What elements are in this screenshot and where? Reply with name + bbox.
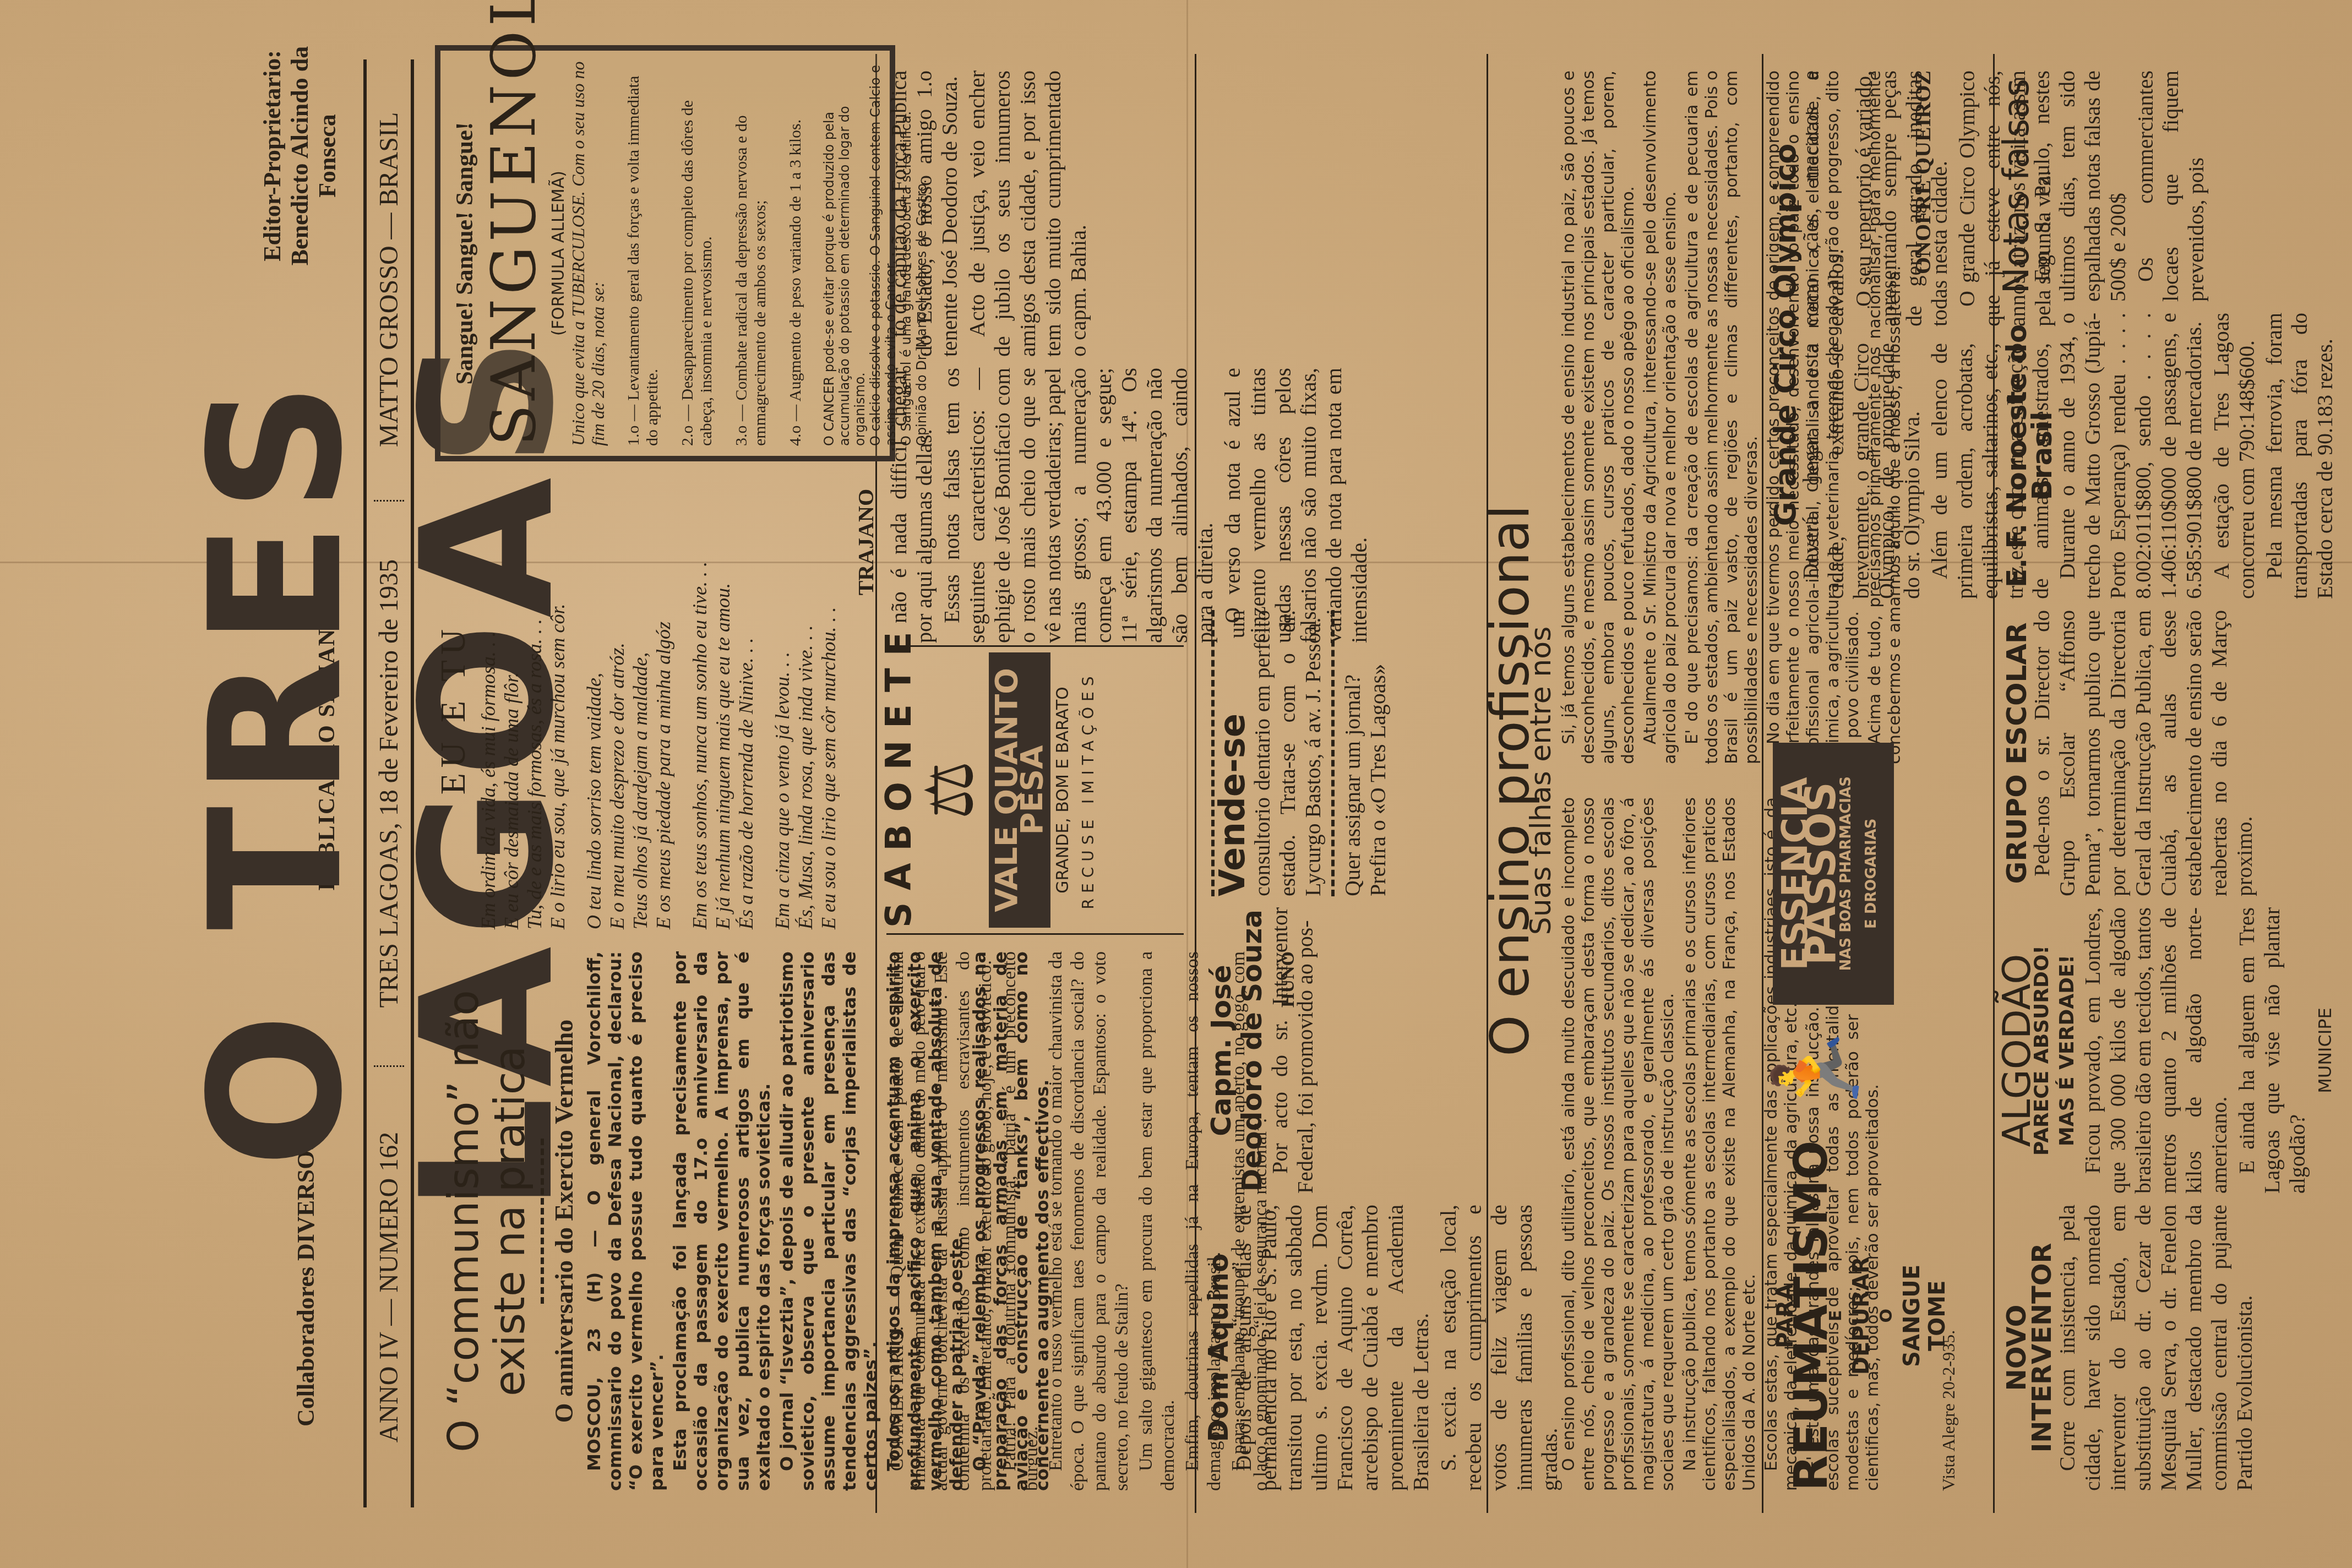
list-item: 4.o — Augmento de peso variando de 1 a 3… (786, 61, 805, 446)
ad-rule (1331, 610, 1335, 896)
paragraph: Deverá chegar a esta cidade, extreando-s… (1798, 343, 1925, 599)
grupo-escolar-article: GRUPO ESCOLAR Pede-nos o sr. Director do… (2004, 610, 2260, 896)
poem-line: Em ordim da vida, és mui formosa. . . (477, 489, 500, 929)
paragraph: MOSCOU, 23 (H) — O general Vorochiloff, … (584, 951, 667, 1491)
ad-o: O (1874, 1141, 1899, 1491)
poem-line: E o meu muito desprezo e dor atróz. (606, 489, 629, 929)
paragraph: Esta proclamação foi lançada precisament… (669, 951, 774, 1491)
poem-line: O teu lindo sorriso tem vaidade, (582, 489, 606, 929)
poem-stanzas: Em ordim da vida, és mui formosa. . .E e… (477, 489, 840, 929)
poem-line: Em os teus sonhos, nunca um sonho eu tiv… (688, 489, 711, 929)
poem-stanza: Em a cinza que o vento já levou. . .És, … (771, 489, 840, 929)
vende-se-title: Vende-se (1212, 714, 1253, 896)
notas-falsas-body: Em S. Paulo, nestes ultimos dias, tem si… (2029, 70, 2209, 302)
paragraph: Entretanto o russo vermelho está se torn… (1045, 951, 1133, 1491)
deodoro-intro: Por acto do sr. Interventor Federal, foi… (1267, 907, 1318, 1194)
poem-line: Tu, de e as mais formosas, és a rosa. . … (523, 489, 546, 929)
issue-number: ANNO IV — NUMERO 162 (374, 1067, 404, 1507)
scale-icon: ⚖ (912, 652, 989, 928)
poem-line: E o lirio eu sou, que já murchou sem côr… (546, 489, 569, 929)
subscribe-prompt: Prefira o «O Tres Lagoas» (1365, 610, 1391, 896)
paragraph: E ainda ha alguem em Tres Lagoas que vis… (2234, 907, 2310, 1194)
paragraph: Atualmente o Sr. Ministro da Agricultura… (1641, 70, 1680, 764)
algodao-headline: ALGODÃO (2004, 907, 2029, 1194)
issue-location: MATTO GROSSO — BRASIL (374, 59, 404, 500)
sabonete-ad: SABONETE ⚖ VALE QUANTO PESA GRANDE, BOM … (886, 645, 1184, 935)
poem-signature: TRAJANO (853, 489, 879, 929)
deodoro-body: to de capitão da Força Publica do Estado… (886, 70, 1091, 357)
poem-line: Em a cinza que o vento já levou. . . (771, 489, 794, 929)
algodao-article: ALGODÃO PARECE ABSURDO! MAS É VERDADE! F… (2004, 907, 2338, 1194)
dateline: ANNO IV — NUMERO 162 TRES LAGOAS, 18 de … (363, 59, 414, 1507)
novo-interventor-headline: NOVO INTERVENTOR (2004, 1205, 2055, 1491)
poem-stanza: Em ordim da vida, és mui formosa. . .E e… (477, 489, 569, 929)
paragraph: O verso da nota é azul e cinzento vermel… (1220, 368, 1372, 643)
list-item: 1.o — Levantamento geral das forças e vo… (624, 61, 662, 446)
vende-se-ad: Vende-se um consultorio dentario em perf… (1206, 610, 1391, 896)
ensino-subhead: Suas falhas entre nós (1528, 70, 1554, 1491)
dom-aquino-headline: Dom Aquino (1206, 1205, 1231, 1491)
paragraph: Ficou provado, em Londres, que 300 000 k… (2080, 907, 2232, 1194)
sanguenol-top: Sangue! Sangue! Sangue! (450, 61, 478, 446)
paragraph: Na instrucção publica, temos sómente as … (1680, 797, 1760, 1491)
grupo-escolar-body: Pede-nos o sr. Director do Grupo Escolar… (2029, 610, 2257, 896)
figure-icon: 🏃 (1773, 1021, 1861, 1124)
paragraph: Acto de justiça, veio encher de jubilo o… (965, 70, 1091, 357)
paragraph: O seu repertorio é variado, apresentando… (1851, 70, 1952, 326)
poem: EU E TU Em ordim da vida, és mui formosa… (440, 489, 879, 929)
poem-stanza: O teu lindo sorriso tem vaidade,E o meu … (582, 489, 675, 929)
sabonete-brand: SABONETE (886, 652, 912, 928)
paragraph: COMMENTARIO: — Quem conhece um pouco de … (886, 951, 997, 1491)
paragraph: Pela mesma ferrovia, foram transportadas… (2262, 313, 2338, 599)
sanguenol-intro: Unico que evita a TUBERCULOSE. Com o seu… (568, 61, 608, 446)
issue-date: TRES LAGOAS, 18 de Fevereiro de 1935 (374, 500, 404, 1067)
sanguenol-ad: Sangue! Sangue! Sangue! SANGUENOL (FORMU… (435, 45, 895, 461)
algodao-signature: MUNICIPE (2312, 907, 2338, 1194)
poem-title: EU E TU (440, 489, 466, 929)
list-item: 3.o — Combate radical da depressão nervo… (732, 61, 770, 446)
paragraph: Corre com insistencia, pela cidade, have… (2055, 1205, 2257, 1491)
paragraph: E' do que precisamos: da creação de esco… (1683, 70, 1762, 764)
ad-depurar: DEPURAR (1849, 1141, 1874, 1491)
ad-footer2: E DROGARIAS (1859, 753, 1884, 995)
sanguenol-items: 1.o — Levantamento geral das forças e vo… (624, 61, 805, 446)
sanguenol-brand: SANGUENOL (478, 61, 549, 446)
sabonete-slogan: VALE QUANTO PESA (989, 652, 1050, 928)
circo-article: Grande Circo Olympico Deverá chegar a es… (1773, 70, 2056, 599)
notas-col-body: não é nada difficil chegar por aqui algu… (886, 368, 1372, 643)
algodao-subhead-2: MAS É VERDADE! (2055, 907, 2080, 1194)
essencia-passos-ad: PARA REUMATISMO E DEPURAR O SANGUE TOME … (1773, 621, 1982, 1491)
paragraph: Durante o anno de 1934, o trecho de Matt… (2055, 313, 2207, 599)
paragraph: O ensino profissional, dito utilitario, … (1559, 797, 1678, 1491)
paragraph: Depois de alguns dias de permanencia no … (1231, 1205, 1434, 1491)
poem-line: E já nenhum ninguem mais que eu te amou. (711, 489, 734, 929)
list-item: 2.o — Desapparecimento por completo das … (678, 61, 716, 446)
novo-interventor-article: NOVO INTERVENTOR Corre com insistencia, … (2004, 1205, 2260, 1491)
ad-sangue: SANGUE (1899, 1141, 1925, 1491)
paragraph: Um salto gigantesco em procura do bem es… (1135, 951, 1179, 1491)
paragraph: não é nada difficil chegar por aqui algu… (886, 368, 937, 643)
notas-falsas-continued: não é nada difficil chegar por aqui algu… (886, 368, 1374, 643)
sanguenol-formula: (FORMULA ALLEMÃ) (549, 61, 568, 446)
sabonete-warning: RECUSE IMITAÇÕES (1076, 652, 1101, 928)
poem-line: És, Musa, linda rosa, que inda vive. . . (794, 489, 817, 929)
ad-footer1: NAS BOAS PHARMACIAS (1833, 753, 1859, 995)
poem-line: Teus olhos já dardejam a maldade, (629, 489, 652, 929)
ensino-headline: O ensino profissional (1498, 70, 1523, 1491)
paragraph: Si, já temos alguns estabelecimentos de … (1559, 70, 1638, 764)
paragraph: to de capitão da Força Publica do Estado… (886, 70, 962, 357)
grupo-escolar-headline: GRUPO ESCOLAR (2004, 610, 2029, 896)
paragraph: Patria! Para a doutrina communista, “pat… (999, 951, 1043, 1491)
paragraph: A estação de Tres Lagoas concorreu com 7… (2209, 313, 2260, 599)
novo-interventor-body: Corre com insistencia, pela cidade, have… (2055, 1205, 2257, 1491)
rotated-newspaper: Collaboradores DIVERSOS PUBLICAÇÃO SEMAN… (0, 0, 2352, 1568)
ad-brand-line2: PASSOS (1808, 753, 1833, 995)
paragraph: O jornal “Isveztia”, depois de alludir a… (776, 951, 881, 1491)
essencia-passos-block: ESSENCIA PASSOS NAS BOAS PHARMACIAS E DR… (1773, 743, 1894, 1005)
poem-line: E eu sou o lirio que sem côr murchou. . … (817, 489, 840, 929)
masthead: Collaboradores DIVERSOS PUBLICAÇÃO SEMAN… (0, 0, 429, 1568)
noroeste-body: Durante o anno de 1934, o trecho de Matt… (2055, 313, 2338, 599)
paragraph: Os commerciantes locaes que fiquem preve… (2133, 70, 2209, 302)
poem-line: E eu côr desmaiada de uma flôr. (500, 489, 523, 929)
deodoro-promotion-continued: to de capitão da Força Publica do Estado… (886, 70, 1093, 357)
algodao-body: Ficou provado, em Londres, que 300 000 k… (2080, 907, 2310, 1194)
communismo-subhead: O anniversario do Exercito Vermelho (552, 951, 577, 1491)
communismo-headline: O “communismo” não existe na pratica (440, 951, 533, 1491)
sabonete-tagline: GRANDE, BOM E BARATO (1050, 652, 1076, 928)
deodoro-article: Capm. José Deodoro de Souza Por acto do … (1206, 907, 1320, 1194)
algodao-subhead-1: PARECE ABSURDO! (2029, 907, 2055, 1194)
poem-stanza: Em os teus sonhos, nunca um sonho eu tiv… (688, 489, 758, 929)
poem-line: E os meus piedade para a minha algóz (652, 489, 675, 929)
ad-tome: TOME (1925, 1141, 1950, 1491)
sanguenol-cancer: O CANCER pode-se evitar porque é produzi… (821, 61, 868, 446)
deodoro-headline: Capm. José Deodoro de Souza (1206, 907, 1267, 1194)
paragraph: Essas notas falsas tem os seguintes cara… (939, 368, 1218, 643)
circo-headline: Grande Circo Olympico (1773, 70, 1798, 599)
ad-rheumatismo: REUMATISMO (1798, 1141, 1823, 1491)
circo-body: Deverá chegar a esta cidade, extreando-s… (1798, 70, 2056, 599)
subscribe-question: Quer assignar um jornal? (1340, 610, 1365, 896)
paragraph: Pede-nos o sr. Director do Grupo Escolar… (2029, 610, 2257, 896)
poem-line: És a razão de horrenda de Ninive. . . (734, 489, 758, 929)
paragraph: O grande Circo Olympico que já esteve en… (1954, 70, 2056, 326)
headline-rule (541, 1139, 544, 1304)
